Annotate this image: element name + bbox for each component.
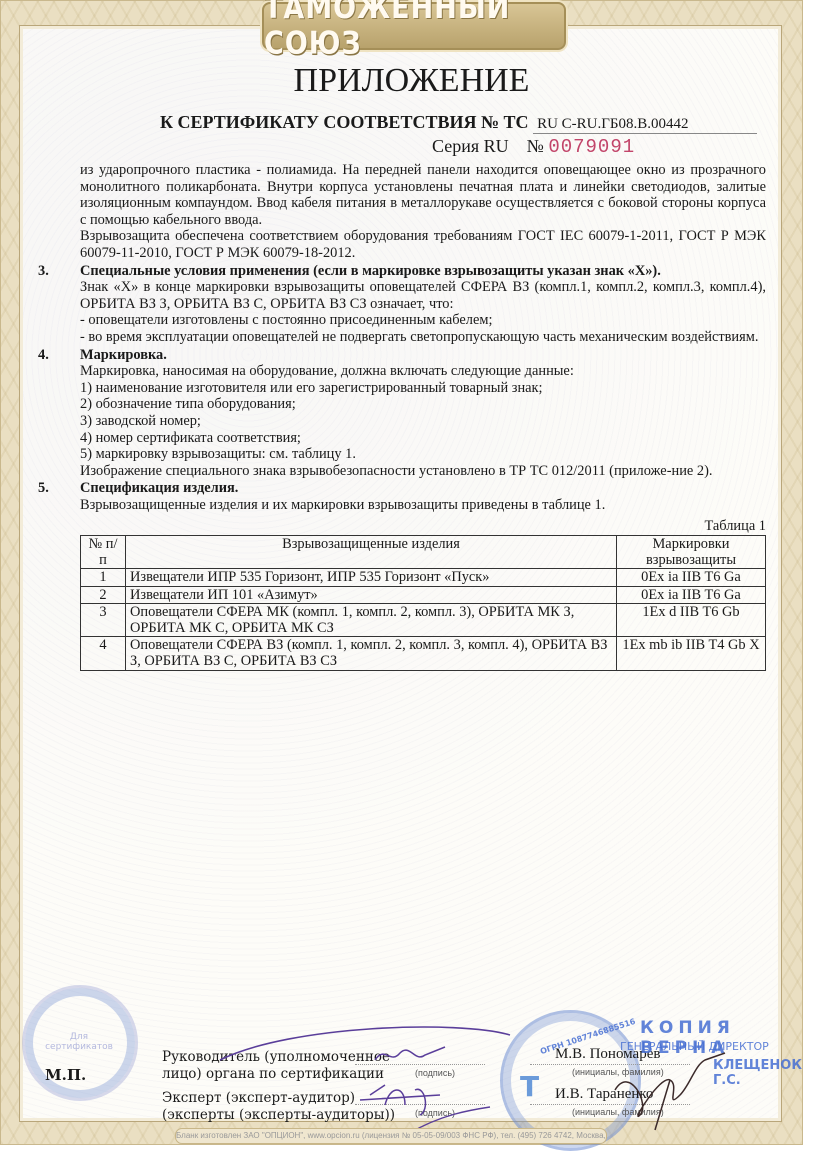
row-product: Извещатели ИПР 535 Горизонт, ИПР 535 Гор…	[126, 569, 617, 586]
badge-text: ТАМОЖЕННЫЙ СОЮЗ	[264, 0, 564, 62]
section-5-heading: 5. Спецификация изделия.	[38, 480, 766, 497]
section-3-item: - во время эксплуатации оповещателей не …	[38, 329, 766, 346]
intro-paragraph-1: из ударопрочного пластика - полиамида. Н…	[38, 162, 766, 228]
section-4-intro: Маркировка, наносимая на оборудование, д…	[38, 363, 766, 380]
series-label: Серия RU	[432, 136, 509, 156]
section-4-heading: 4. Маркировка.	[38, 347, 766, 364]
cert-prefix: К СЕРТИФИКАТУ СООТВЕТСТВИЯ № ТС	[160, 112, 529, 132]
number-sign: №	[527, 136, 544, 156]
row-product: Оповещатели СФЕРА МК (компл. 1, компл. 2…	[126, 603, 617, 636]
row-product: Оповещатели СФЕРА ВЗ (компл. 1, компл. 2…	[126, 637, 617, 670]
serial-number: 0079091	[548, 136, 635, 158]
table-caption: Таблица 1	[38, 518, 766, 535]
stamp-text: Для сертификатов	[44, 1032, 114, 1052]
section-4-item: 5) маркировку взрывозащиты: см. таблицу …	[38, 446, 766, 463]
certificate-reference: К СЕРТИФИКАТУ СООТВЕТСТВИЯ № ТС RU C-RU.…	[160, 112, 757, 134]
section-4-item: 1) наименование изготовителя или его зар…	[38, 380, 766, 397]
table-header-row: № п/п Взрывозащищенные изделия Маркировк…	[81, 536, 766, 569]
row-number: 1	[81, 569, 126, 586]
section-3-heading: 3. Специальные условия применения (если …	[38, 263, 766, 280]
section-title: Маркировка.	[80, 347, 167, 364]
section-4-item: 2) обозначение типа оборудования;	[38, 396, 766, 413]
row-number: 2	[81, 586, 126, 603]
handwritten-signature-icon	[210, 1015, 530, 1140]
intro-paragraph-2: Взрывозащита обеспечена соответствием об…	[38, 228, 766, 261]
section-number: 5.	[38, 480, 80, 497]
row-marking: 1Ex mb ib IIB T4 Gb X	[617, 637, 766, 670]
table-row: 2 Извещатели ИП 101 «Азимут» 0Ex ia IIB …	[81, 586, 766, 603]
section-number: 3.	[38, 263, 80, 280]
section-4-item: 4) номер сертификата соответствия;	[38, 430, 766, 447]
cert-number: RU C-RU.ГБ08.В.00442	[533, 116, 757, 134]
row-marking: 0Ex ia IIB T6 Ga	[617, 586, 766, 603]
section-number: 4.	[38, 347, 80, 364]
series-line: Серия RU № 0079091	[432, 136, 635, 158]
section-3-text: Знак «Х» в конце маркировки взрывозащиты…	[38, 279, 766, 312]
row-product: Извещатели ИП 101 «Азимут»	[126, 586, 617, 603]
customs-union-badge: ТАМОЖЕННЫЙ СОЮЗ	[262, 2, 566, 50]
form-footer: Бланк изготовлен ЗАО "ОПЦИОН", www.opcio…	[175, 1128, 607, 1144]
section-4-note: Изображение специального знака взрывобез…	[38, 463, 766, 480]
section-title: Специальные условия применения (если в м…	[80, 263, 661, 280]
row-number: 4	[81, 637, 126, 670]
seal-place-label: М.П.	[45, 1066, 86, 1084]
table-row: 1 Извещатели ИПР 535 Горизонт, ИПР 535 Г…	[81, 569, 766, 586]
company-logo-icon: Т	[520, 1070, 539, 1103]
products-table: № п/п Взрывозащищенные изделия Маркировк…	[80, 535, 766, 671]
row-marking: 0Ex ia IIB T6 Ga	[617, 569, 766, 586]
section-3-item: - оповещатели изготовлены с постоянно пр…	[38, 312, 766, 329]
table-row: 3 Оповещатели СФЕРА МК (компл. 1, компл.…	[81, 603, 766, 636]
page-title: ПРИЛОЖЕНИЕ	[0, 62, 823, 100]
section-4-item: 3) заводской номер;	[38, 413, 766, 430]
section-5-text: Взрывозащищенные изделия и их маркировки…	[38, 497, 766, 514]
header-product: Взрывозащищенные изделия	[126, 536, 617, 569]
section-title: Спецификация изделия.	[80, 480, 238, 497]
table-row: 4 Оповещатели СФЕРА ВЗ (компл. 1, компл.…	[81, 637, 766, 670]
header-marking: Маркировки взрывозащиты	[617, 536, 766, 569]
row-marking: 1Ex d IIB T6 Gb	[617, 603, 766, 636]
row-number: 3	[81, 603, 126, 636]
header-number: № п/п	[81, 536, 126, 569]
document-body: из ударопрочного пластика - полиамида. Н…	[38, 162, 766, 671]
director-signature-icon	[610, 1035, 730, 1135]
